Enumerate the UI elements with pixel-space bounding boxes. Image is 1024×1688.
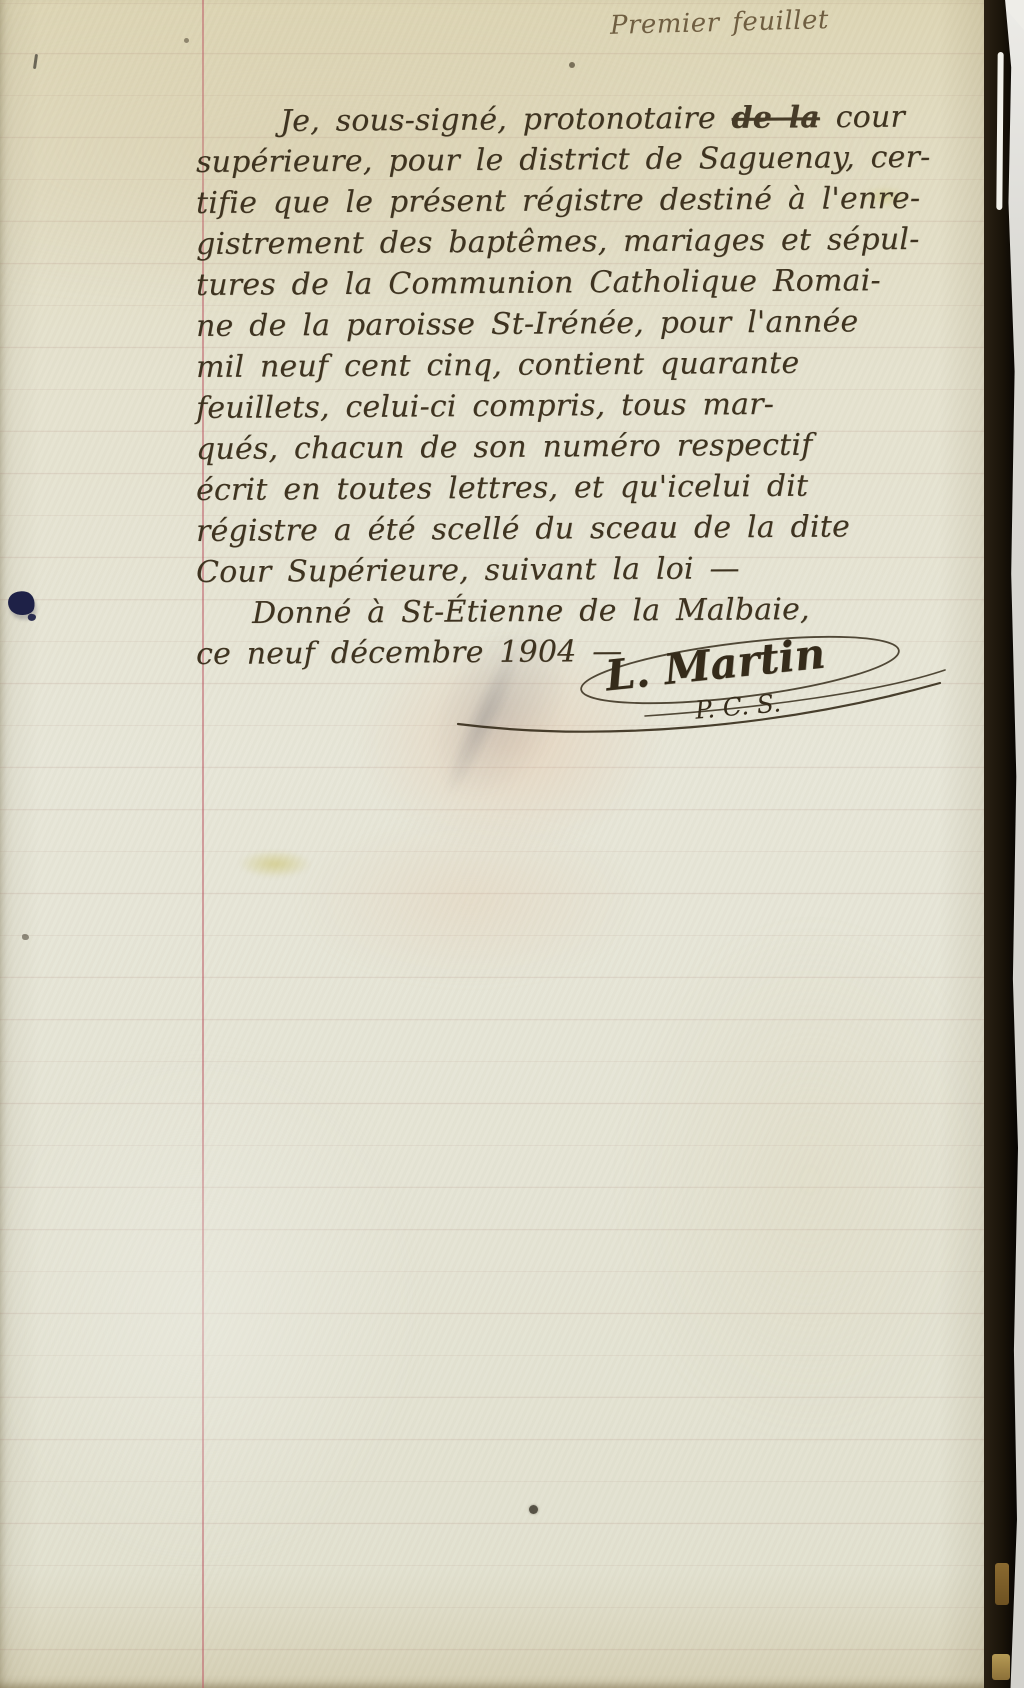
manuscript-line-11: régistre a été scellé du sceau de la dit…: [196, 509, 850, 549]
folio-header-note: Premier feuillet: [610, 5, 830, 41]
line-text: Je, sous-signé, protonotaire: [280, 101, 732, 139]
scanned-register-page: Premier feuillet Je, sous-signé, protono…: [0, 0, 1024, 1688]
binding-notch: [992, 1654, 1010, 1680]
overwritten-word: de la: [731, 100, 820, 136]
signature-block: L. Martin P. C. S.: [440, 628, 950, 743]
manuscript-line-12: Cour Supérieure, suivant la loi —: [196, 551, 740, 590]
ink-speck: [22, 934, 29, 940]
manuscript-line-4: gistrement des baptêmes, mariages et sép…: [196, 222, 920, 262]
manuscript-line-13: Donné à St-Étienne de la Malbaie,: [252, 592, 810, 631]
manuscript-line-9: qués, chacun de son numéro respectif: [196, 428, 813, 467]
manuscript-line-1: Je, sous-signé, protonotaire de la cour: [280, 100, 905, 139]
ink-speck: [569, 62, 575, 68]
manuscript-line-2: supérieure, pour le district de Saguenay…: [196, 140, 931, 180]
manuscript-line-6: ne de la paroisse St-Irénée, pour l'anné…: [196, 304, 859, 344]
ink-speck: [529, 1505, 538, 1514]
binding-notch: [995, 1563, 1009, 1605]
line-text: cour: [820, 100, 905, 136]
ink-speck: [184, 38, 189, 43]
manuscript-line-7: mil neuf cent cinq, contient quarante: [196, 346, 800, 385]
manuscript-line-10: écrit en toutes lettres, et qu'icelui di…: [196, 469, 809, 508]
manuscript-line-3: tifie que le présent régistre destiné à …: [196, 181, 920, 221]
paper-sheet: Premier feuillet Je, sous-signé, protono…: [0, 0, 988, 1688]
manuscript-line-8: feuillets, celui-ci compris, tous mar-: [196, 387, 774, 426]
manuscript-line-5: tures de la Communion Catholique Romai-: [196, 263, 881, 303]
